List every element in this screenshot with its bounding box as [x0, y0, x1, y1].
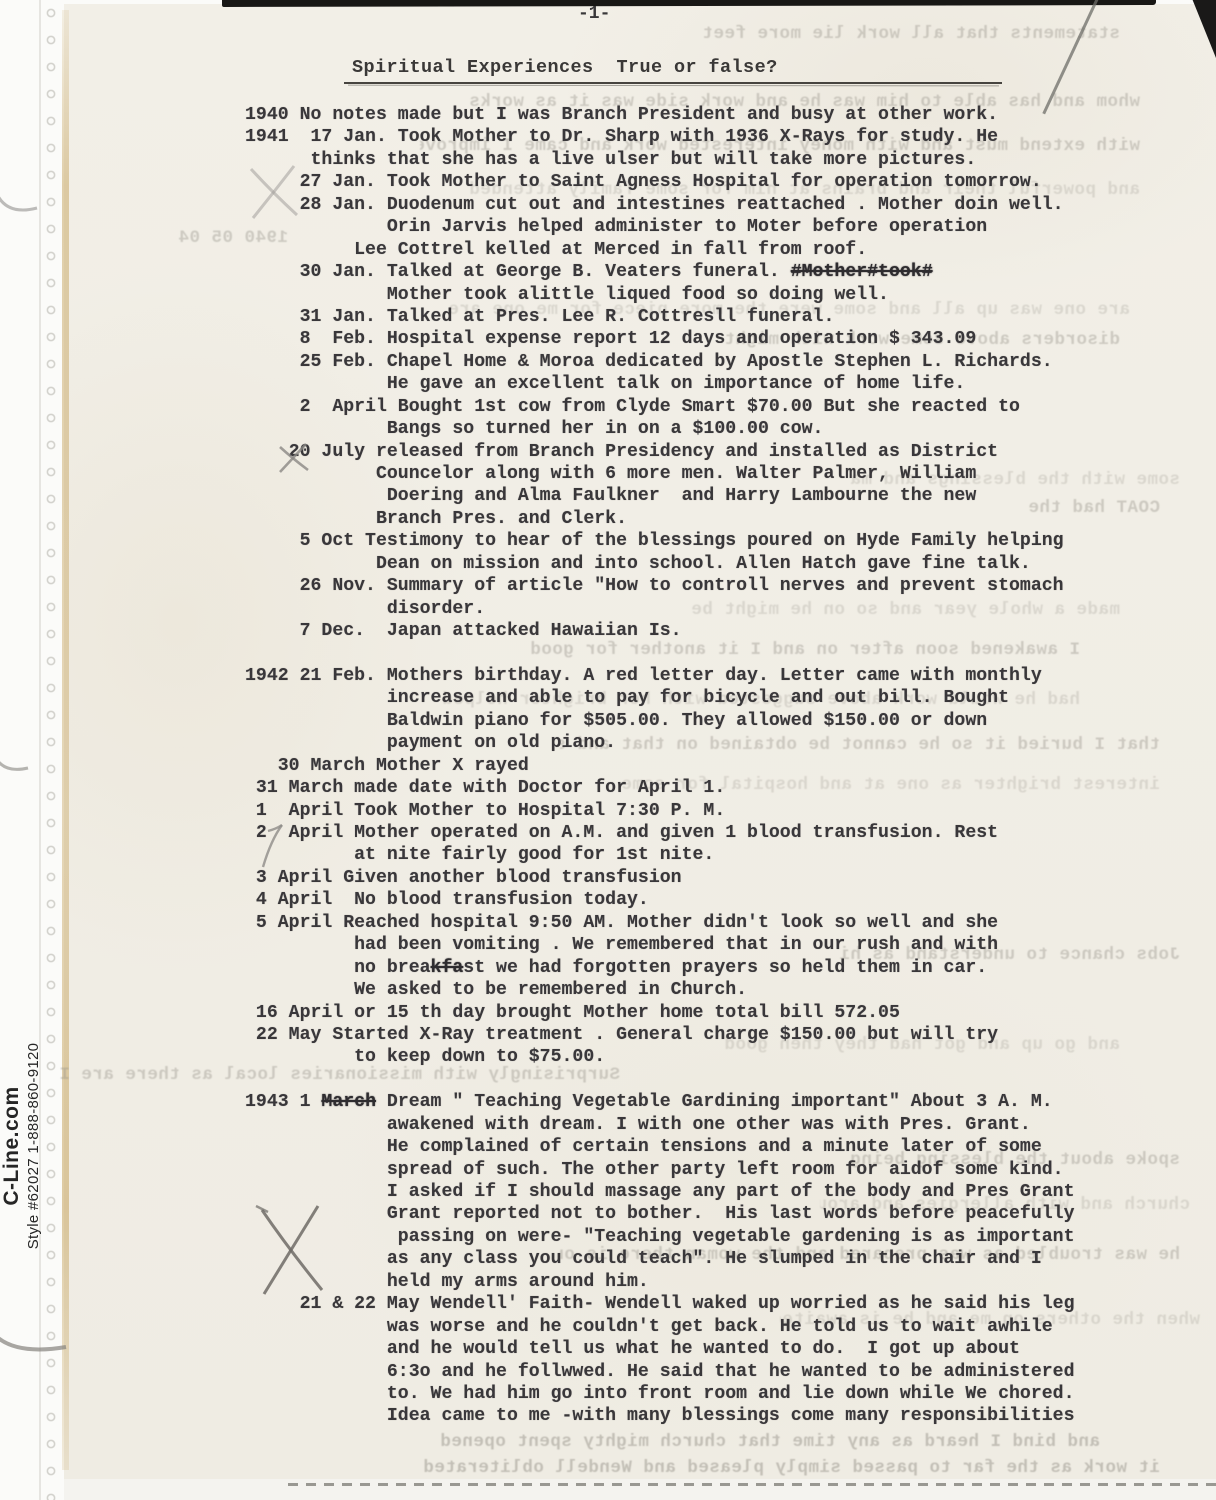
- typed-line: 1 April Took Mother to Hospital 7:30 P. …: [245, 800, 1075, 822]
- typed-line: Idea came to me -with many blessings com…: [245, 1405, 1075, 1427]
- title-underline: [344, 82, 1002, 88]
- typed-line: held my arms around him.: [245, 1271, 1075, 1293]
- typed-line: 7 Dec. Japan attacked Hawaiian Is.: [245, 620, 1075, 642]
- typed-line: was worse and he couldn't get back. He t…: [245, 1316, 1075, 1338]
- pen-curve-mark-bottom: [0, 1326, 72, 1358]
- typed-line: and he would tell us what he wanted to d…: [245, 1338, 1075, 1360]
- typed-line: We asked to be remembered in Church.: [245, 979, 1075, 1001]
- typed-line: Bangs so turned her in on a $100.00 cow.: [245, 418, 1075, 440]
- typed-line: Grant reported not to bother. His last w…: [245, 1203, 1075, 1225]
- typed-line: Orin Jarvis helped administer to Moter b…: [245, 216, 1075, 238]
- pencil-x-mark-1943: [252, 1198, 338, 1300]
- typed-line: to. We had him go into front room and li…: [245, 1383, 1075, 1405]
- typed-line: as any class you could teach". He slumpe…: [245, 1248, 1075, 1270]
- typed-text-block: 1940 No notes made but I was Branch Pres…: [245, 104, 1075, 1428]
- typed-line: Doering and Alma Faulkner and Harry Lamb…: [245, 485, 1075, 507]
- typed-line: I asked if I should massage any part of …: [245, 1181, 1075, 1203]
- sheet-protector-brand-text: C-Line.com Style #62027 1-888-860-9120: [0, 936, 52, 1356]
- typed-line: 22 May Started X-Ray treatment . General…: [245, 1024, 1075, 1046]
- typed-line: 28 Jan. Duodenum cut out and intestines …: [245, 194, 1075, 216]
- typed-line: spread of such. The other party left roo…: [245, 1159, 1075, 1181]
- typed-line: 5 April Reached hospital 9:50 AM. Mother…: [245, 912, 1075, 934]
- typed-line: 31 Jan. Talked at Pres. Lee R. Cottresll…: [245, 306, 1075, 328]
- typed-line: Branch Pres. and Clerk.: [245, 508, 1075, 530]
- pencil-x-mark-july20: [274, 440, 314, 476]
- bottom-perforation: [288, 1483, 1216, 1486]
- typed-line: 2 April Bought 1st cow from Clyde Smart …: [245, 396, 1075, 418]
- brand-style-info: Style #62027 1-888-860-9120: [25, 936, 42, 1356]
- scanned-page: C-Line.com Style #62027 1-888-860-9120 s…: [0, 0, 1216, 1500]
- typed-line: 1942 21 Feb. Mothers birthday. A red let…: [245, 665, 1075, 687]
- typed-line: He complained of certain tensions and a …: [245, 1136, 1075, 1158]
- page-number: -1-: [578, 4, 610, 24]
- typed-line: Councelor along with 6 more men. Walter …: [245, 463, 1075, 485]
- typed-line: 30 March Mother X rayed: [245, 755, 1075, 777]
- typed-line: 31 March made date with Doctor for April…: [245, 777, 1075, 799]
- typed-line: 20 July released from Branch Presidency …: [245, 441, 1075, 463]
- typed-line: 3 April Given another blood transfusion: [245, 867, 1075, 889]
- typed-line: Lee Cottrel kelled at Merced in fall fro…: [245, 239, 1075, 261]
- pen-curve-mark-top: [0, 188, 40, 220]
- typed-line: payment on old piano.: [245, 732, 1075, 754]
- typed-line: at nite fairly good for 1st nite.: [245, 844, 1075, 866]
- typed-line: thinks that she has a live ulser but wil…: [245, 149, 1075, 171]
- typed-line: 1940 No notes made but I was Branch Pres…: [245, 104, 1075, 126]
- typed-line: 1943 1 March Dream " Teaching Vegetable …: [245, 1091, 1075, 1113]
- typed-line: Mother took alittle liqued food so doing…: [245, 284, 1075, 306]
- typed-line: 8 Feb. Hospital expense report 12 days a…: [245, 328, 1075, 350]
- typed-line: 2 April Mother operated on A.M. and give…: [245, 822, 1075, 844]
- typed-line: 5 Oct Testimony to hear of the blessings…: [245, 530, 1075, 552]
- typed-line: no breakfast we had forgotten prayers so…: [245, 957, 1075, 979]
- typed-line: increase and able to pay for bicycle and…: [245, 687, 1075, 709]
- typed-line: [245, 643, 1075, 665]
- ghost-bleedthrough-line: it work as the far to passed simply plea…: [260, 1458, 1160, 1478]
- typed-line: disorder.: [245, 598, 1075, 620]
- typed-line: 1941 17 Jan. Took Mother to Dr. Sharp wi…: [245, 126, 1075, 148]
- typed-line: 26 Nov. Summary of article "How to contr…: [245, 575, 1075, 597]
- typed-line: Baldwin piano for $505.00. They allowed …: [245, 710, 1075, 732]
- document-title: Spiritual Experiences True or false?: [352, 57, 778, 78]
- brand-name: C-Line.com: [0, 936, 24, 1356]
- pencil-x-mark-jan27: [244, 160, 304, 222]
- typed-line: had been vomiting . We remembered that i…: [245, 934, 1075, 956]
- typed-line: 6:3o and he follwwed. He said that he wa…: [245, 1361, 1075, 1383]
- typed-line: 27 Jan. Took Mother to Saint Agness Hosp…: [245, 171, 1075, 193]
- pen-curve-mark-middle: [0, 750, 32, 778]
- typed-line: 16 April or 15 th day brought Mother hom…: [245, 1002, 1075, 1024]
- typed-line: 25 Feb. Chapel Home & Moroa dedicated by…: [245, 351, 1075, 373]
- typed-line: passing on were- "Teaching vegetable gar…: [245, 1226, 1075, 1248]
- typed-line: to keep down to $75.00.: [245, 1046, 1075, 1068]
- paper-edge-shadow: [62, 10, 69, 1470]
- typed-line: 30 Jan. Talked at George B. Veaters fune…: [245, 261, 1075, 283]
- ghost-bleedthrough-line: statements that all work lie more feet: [690, 24, 1120, 44]
- typed-line: [245, 1069, 1075, 1091]
- typed-line: He gave an excellent talk on importance …: [245, 373, 1075, 395]
- typed-line: Dean on mission and into school. Allen H…: [245, 553, 1075, 575]
- pencil-caret-mark-april2: [256, 818, 292, 872]
- typed-line: 4 April No blood transfusion today.: [245, 889, 1075, 911]
- typed-line: awakened with dream. I with one other wa…: [245, 1114, 1075, 1136]
- ghost-bleedthrough-line: and bind I heard as any time that church…: [300, 1432, 1100, 1452]
- typed-line: 21 & 22 May Wendell' Faith- Wendell wake…: [245, 1293, 1075, 1315]
